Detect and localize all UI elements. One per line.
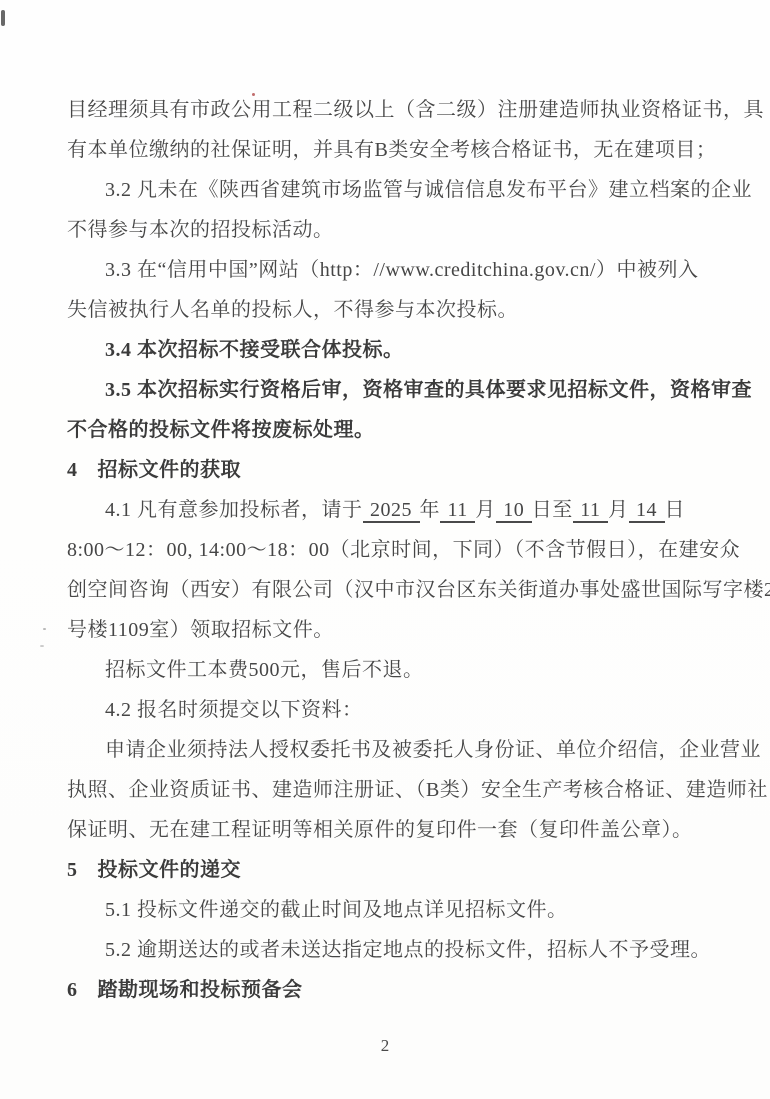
filled-blank-value: 11 bbox=[440, 499, 475, 523]
document-line: 目经理须具有市政公用工程二级以上（含二级）注册建造师执业资格证书，具 bbox=[67, 90, 712, 130]
document-line: 创空间咨询（西安）有限公司（汉中市汉台区东关街道办事处盛世国际写字楼2 bbox=[67, 570, 712, 610]
document-line: 不得参与本次的招投标活动。 bbox=[67, 210, 712, 250]
document-line: 不合格的投标文件将按废标处理。 bbox=[67, 410, 712, 450]
section-title: 招标文件的获取 bbox=[98, 459, 242, 481]
document-line: 失信被执行人名单的投标人，不得参与本次投标。 bbox=[67, 290, 712, 330]
document-line: 8:00～12：00, 14:00～18：00（北京时间，下同）（不含节假日），… bbox=[67, 530, 712, 570]
document-line: 5.2 逾期送达的或者未送达指定地点的投标文件，招标人不予受理。 bbox=[67, 930, 712, 970]
document-line: 保证明、无在建工程证明等相关原件的复印件一套（复印件盖公章）。 bbox=[67, 810, 712, 850]
filled-blank-value: 14 bbox=[629, 499, 665, 523]
document-line: 4.2 报名时须提交以下资料： bbox=[67, 690, 712, 730]
filled-blank-value: 10 bbox=[496, 499, 532, 523]
document-line: 5.1 投标文件递交的截止时间及地点详见招标文件。 bbox=[67, 890, 712, 930]
scan-artifact-speck bbox=[43, 628, 46, 630]
text-segment: 年 bbox=[420, 499, 441, 521]
scanned-document-page: 目经理须具有市政公用工程二级以上（含二级）注册建造师执业资格证书，具有本单位缴纳… bbox=[0, 0, 770, 1099]
section-title: 投标文件的递交 bbox=[98, 859, 242, 881]
text-segment: 月 bbox=[608, 499, 629, 521]
document-line: 招标文件工本费500元，售后不退。 bbox=[67, 650, 712, 690]
section-heading: 5投标文件的递交 bbox=[67, 850, 712, 890]
filled-blank-value: 2025 bbox=[363, 499, 420, 523]
section-heading: 6踏勘现场和投标预备会 bbox=[67, 970, 712, 1010]
document-line: 3.4 本次招标不接受联合体投标。 bbox=[67, 330, 712, 370]
text-segment: 日 bbox=[665, 499, 686, 521]
text-segment: 日至 bbox=[532, 499, 573, 521]
document-line: 号楼1109室）领取招标文件。 bbox=[67, 610, 712, 650]
section-title: 踏勘现场和投标预备会 bbox=[98, 979, 303, 1001]
filled-blank-value: 11 bbox=[573, 499, 608, 523]
text-segment: 4.1 凡有意参加投标者，请于 bbox=[105, 499, 363, 521]
section-number: 4 bbox=[67, 450, 78, 490]
page-number: 2 bbox=[0, 1036, 770, 1056]
document-line: 4.1 凡有意参加投标者，请于 2025 年 11 月 10 日至 11 月 1… bbox=[67, 490, 712, 530]
text-segment: 月 bbox=[475, 499, 496, 521]
document-line: 3.3 在“信用中国”网站（http：//www.creditchina.gov… bbox=[67, 250, 712, 290]
document-line: 3.5 本次招标实行资格后审，资格审查的具体要求见招标文件，资格审查 bbox=[67, 370, 712, 410]
document-line: 有本单位缴纳的社保证明，并具有B类安全考核合格证书，无在建项目； bbox=[67, 130, 712, 170]
document-line: 执照、企业资质证书、建造师注册证、（B类）安全生产考核合格证、建造师社 bbox=[67, 770, 712, 810]
document-line: 申请企业须持法人授权委托书及被委托人身份证、单位介绍信，企业营业 bbox=[67, 730, 712, 770]
section-number: 5 bbox=[67, 850, 78, 890]
scan-artifact-edge-mark bbox=[1, 10, 5, 26]
document-body: 目经理须具有市政公用工程二级以上（含二级）注册建造师执业资格证书，具有本单位缴纳… bbox=[67, 90, 712, 1010]
section-number: 6 bbox=[67, 970, 78, 1010]
section-heading: 4招标文件的获取 bbox=[67, 450, 712, 490]
document-line: 3.2 凡未在《陕西省建筑市场监管与诚信信息发布平台》建立档案的企业 bbox=[67, 170, 712, 210]
scan-artifact-speck bbox=[40, 645, 44, 647]
